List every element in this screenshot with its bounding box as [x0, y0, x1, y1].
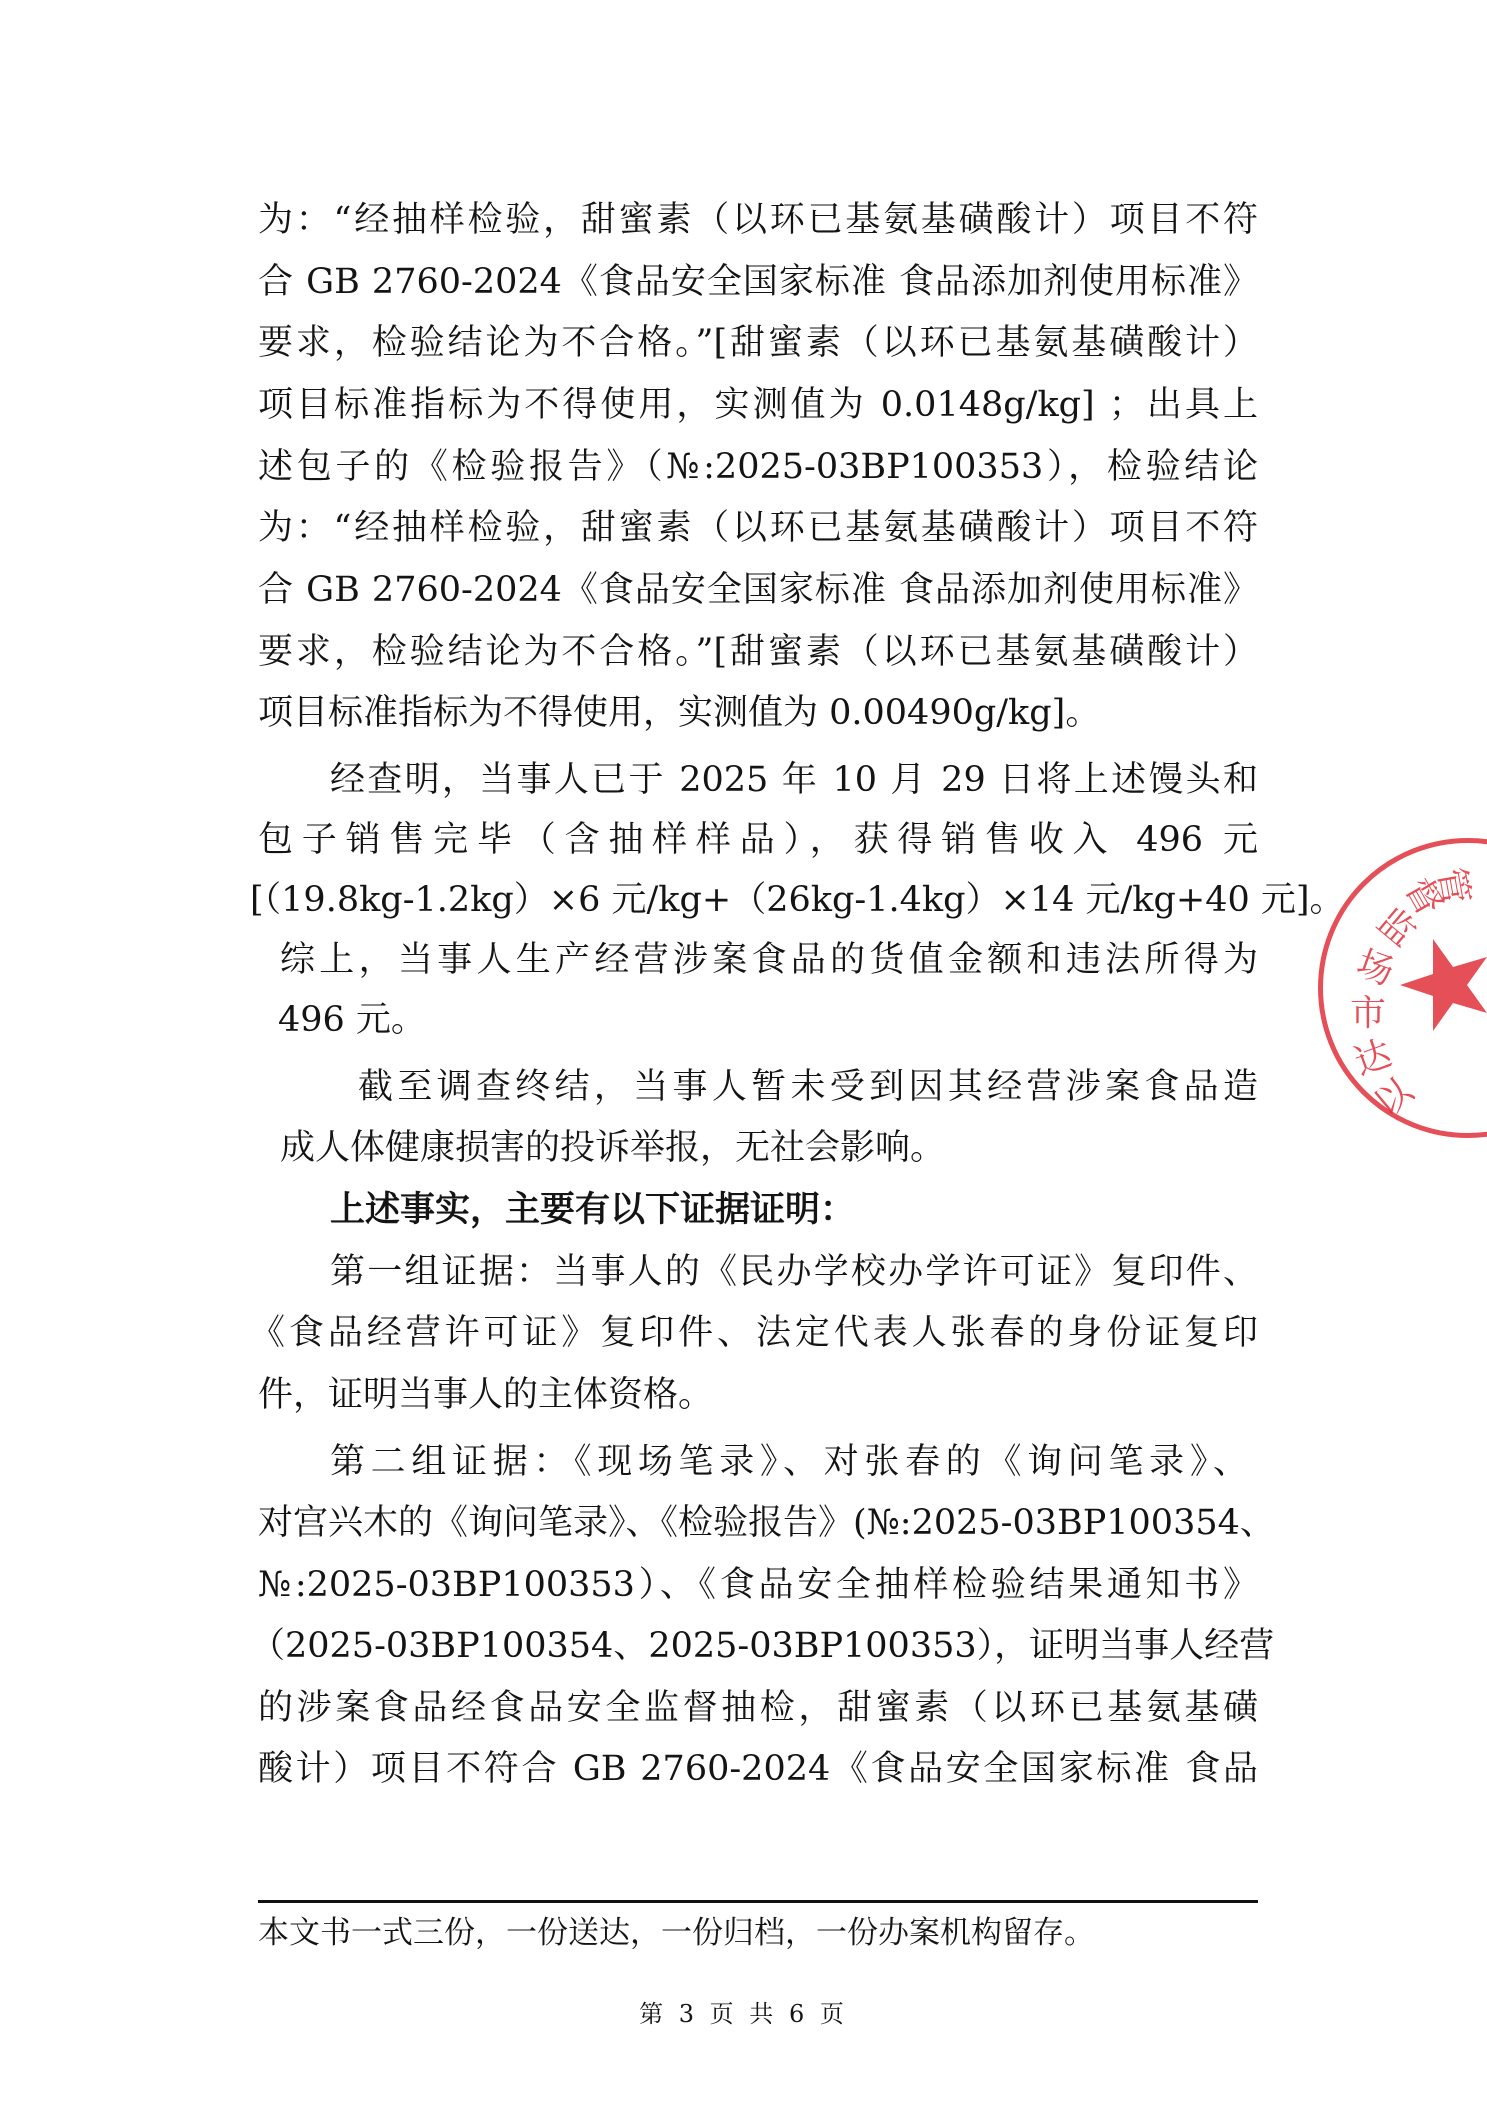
page-number: 第 3 页 共 6 页	[0, 1994, 1487, 2034]
text-line: 的涉案食品经食品安全监督抽检，甜蜜素（以环已基氨基磺	[258, 1678, 1258, 1738]
text-line: 第一组证据：当事人的《民办学校办学许可证》复印件、	[330, 1242, 1258, 1302]
text-line: 项目标准指标为不得使用，实测值为 0.00490g/kg]。	[258, 683, 1258, 743]
document-page: 为：“经抽样检验，甜蜜素（以环已基氨基磺酸计）项目不符合 GB 2760-202…	[0, 0, 1487, 2105]
text-line: 酸计）项目不符合 GB 2760-2024《食品安全国家标准 食品	[258, 1739, 1258, 1799]
text-line: 为：“经抽样检验，甜蜜素（以环已基氨基磺酸计）项目不符	[258, 190, 1258, 250]
text-line: №:2025-03BP100353）、《食品安全抽样检验结果通知书》	[258, 1555, 1258, 1615]
text-line: 要求，检验结论为不合格。”[甜蜜素（以环已基氨基磺酸计）	[258, 622, 1258, 682]
text-line: 述包子的《检验报告》（№:2025-03BP100353），检验结论	[258, 437, 1258, 497]
text-line: 合 GB 2760-2024《食品安全国家标准 食品添加剂使用标准》	[258, 252, 1258, 312]
text-line: 为：“经抽样检验，甜蜜素（以环已基氨基磺酸计）项目不符	[258, 498, 1258, 558]
footer-note: 本文书一式三份，一份送达，一份归档，一份办案机构留存。	[258, 1908, 1095, 1958]
text-line: 件，证明当事人的主体资格。	[258, 1365, 1158, 1425]
text-line: 综上，当事人生产经营涉案食品的货值金额和违法所得为	[280, 930, 1258, 990]
text-line: （2025-03BP100354、2025-03BP100353），证明当事人经…	[250, 1616, 1258, 1676]
text-line: [（19.8kg-1.2kg）×6 元/kg+（26kg-1.4kg）×14 元…	[250, 870, 1258, 930]
text-line: 经查明，当事人已于 2025 年 10 月 29 日将上述馒头和	[330, 750, 1258, 810]
text-line: 合 GB 2760-2024《食品安全国家标准 食品添加剂使用标准》	[258, 560, 1258, 620]
text-line: 包子销售完毕（含抽样样品），获得销售收入 496 元	[258, 810, 1258, 870]
text-line: 第二组证据：《现场笔录》、对张春的《询问笔录》、	[330, 1432, 1248, 1492]
text-line: 成人体健康损害的投诉举报，无社会影响。	[280, 1118, 1180, 1178]
section-heading: 上述事实，主要有以下证据证明：	[330, 1180, 1230, 1240]
footer-divider	[258, 1900, 1258, 1903]
text-line: 要求，检验结论为不合格。”[甜蜜素（以环已基氨基磺酸计）	[258, 313, 1258, 373]
text-line: 《食品经营许可证》复印件、法定代表人张春的身份证复印	[250, 1303, 1258, 1363]
seal-text: 管 督 监 场 市 达 以	[1330, 860, 1480, 1120]
text-line: 496 元。	[278, 990, 878, 1050]
text-line: 截至调查终结，当事人暂未受到因其经营涉案食品造	[358, 1057, 1258, 1117]
text-line: 对宫兴木的《询问笔录》、《检验报告》(№:2025-03BP100354、	[258, 1493, 1258, 1553]
text-line: 项目标准指标为不得使用，实测值为 0.0148g/kg] ；出具上	[258, 375, 1258, 435]
